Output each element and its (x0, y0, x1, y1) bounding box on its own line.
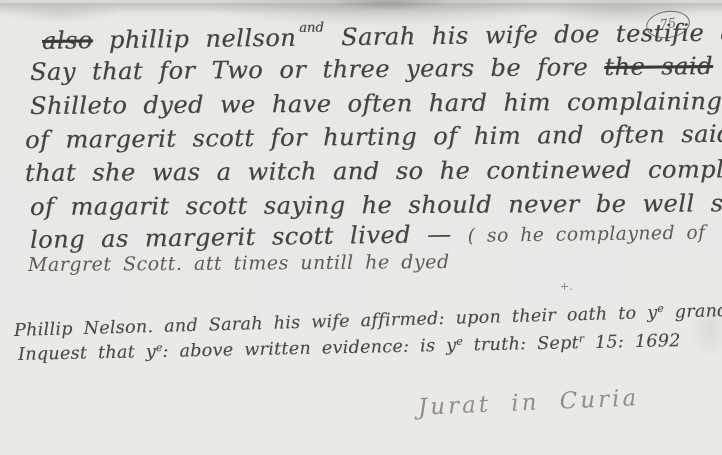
testimony-line-7: long as margerit scott lived — ( so he c… (30, 217, 706, 254)
handwriting-segment: of margerit scott for hurting of him and… (25, 120, 722, 154)
handwriting-segment-light: Margret Scott. att times untill he dyed (28, 251, 450, 276)
stray-pen-mark: +. (560, 280, 573, 293)
scan-edge-shadow (0, 3, 722, 13)
handwriting-segment: that she was a witch and so he continewe… (25, 155, 722, 187)
testimony-line-8: Margret Scott. att times untill he dyed (28, 251, 450, 276)
testimony-line-6: of magarit scott saying he should never … (30, 189, 722, 221)
handwriting-segment-struck: also (42, 26, 93, 55)
handwriting-segment-light: ( so he complayned of (468, 223, 706, 247)
handwriting-segment: Inquest that y (18, 342, 156, 365)
handwriting-segment: grand (664, 301, 722, 323)
testimony-line-3: Shilleto dyed we have often hard him com… (30, 87, 722, 120)
handwriting-segment: : above written evidence: is y (162, 336, 456, 362)
handwriting-segment: long as margerit scott lived — (30, 220, 468, 254)
handwriting-segment: Sarah his wife doe testifie and (325, 18, 722, 51)
testimony-line-5: that she was a witch and so he continewe… (25, 155, 722, 187)
ink-smudge (330, 0, 450, 10)
handwriting-segment: of magarit scott saying he should never … (30, 189, 722, 221)
testimony-line-4: of margerit scott for hurting of him and… (25, 120, 722, 154)
handwriting-segment: truth: Sept (463, 333, 580, 355)
handwriting-segment-struck: the said (604, 52, 713, 81)
testimony-line-1: also phillip nellsonand Sarah his wife d… (42, 15, 722, 55)
handwriting-segment: 15: 1692 (584, 331, 681, 353)
manuscript-page: 75 also phillip nellsonand Sarah his wif… (0, 0, 722, 455)
handwriting-segment: phillip nellson (93, 24, 297, 54)
jurat-in-curia-notation: Jurat in Curia (418, 385, 640, 421)
handwriting-segment: Say that for Two or three years be fore (30, 53, 605, 86)
testimony-line-2: Say that for Two or three years be fore … (30, 51, 722, 86)
handwriting-segment: Shilleto dyed we have often hard him com… (30, 87, 722, 120)
handwriting-segment: Robert (713, 51, 722, 80)
inserted-word-above-line: and (299, 21, 324, 36)
